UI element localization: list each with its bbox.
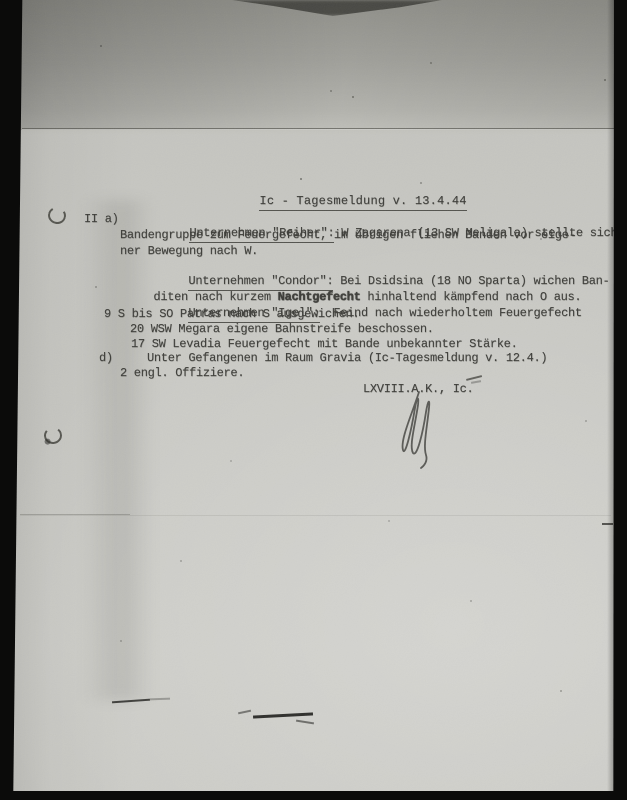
top-shadow-wedge <box>232 0 442 16</box>
scratch-mark <box>253 712 313 718</box>
fold-crease <box>20 514 130 515</box>
punch-hole-bottom <box>43 426 63 445</box>
page-edge-line <box>22 128 614 130</box>
report-line-d2: 2 engl. Offiziere. <box>120 366 244 380</box>
scratch-mark <box>150 698 170 700</box>
scratch-mark <box>112 699 150 704</box>
film-grain <box>0 0 627 800</box>
report-line-a7: 9 S bis SO Patras nach S ausgewichen. <box>104 307 359 321</box>
punch-hole-top <box>46 205 68 226</box>
report-line-a3: ner Bewegung nach W. <box>120 244 258 258</box>
document-title-text: Ic - Tagesmeldung v. 13.4.44 <box>259 194 466 211</box>
paper-streak <box>82 200 154 700</box>
scratch-mark <box>296 720 314 725</box>
section-a-label: II a) <box>84 212 119 226</box>
top-shading <box>0 0 627 130</box>
pencil-mark <box>471 380 481 383</box>
paper-edge-shadow <box>607 0 614 800</box>
report-line-a8: 20 WSW Megara eigene Bahnstreife beschos… <box>130 322 434 336</box>
paper-sheet: Ic - Tagesmeldung v. 13.4.44 II a) Unter… <box>0 0 627 800</box>
film-border-bottom <box>0 791 627 800</box>
film-border-right <box>612 0 627 800</box>
report-line-a2: Bandengruppe zum Feuergefecht, im übrige… <box>120 228 575 242</box>
microfilm-scan: Ic - Tagesmeldung v. 13.4.44 II a) Unter… <box>0 0 627 800</box>
scratch-mark <box>238 710 251 714</box>
fold-crease-faint <box>20 515 611 516</box>
handwritten-signature <box>388 388 440 470</box>
report-line-d1: Unter Gefangenen im Raum Gravia (Ic-Tage… <box>147 351 547 365</box>
report-line-a9: 17 SW Levadia Feuergefecht mit Bande unb… <box>131 337 517 351</box>
section-d-label: d) <box>99 351 113 365</box>
